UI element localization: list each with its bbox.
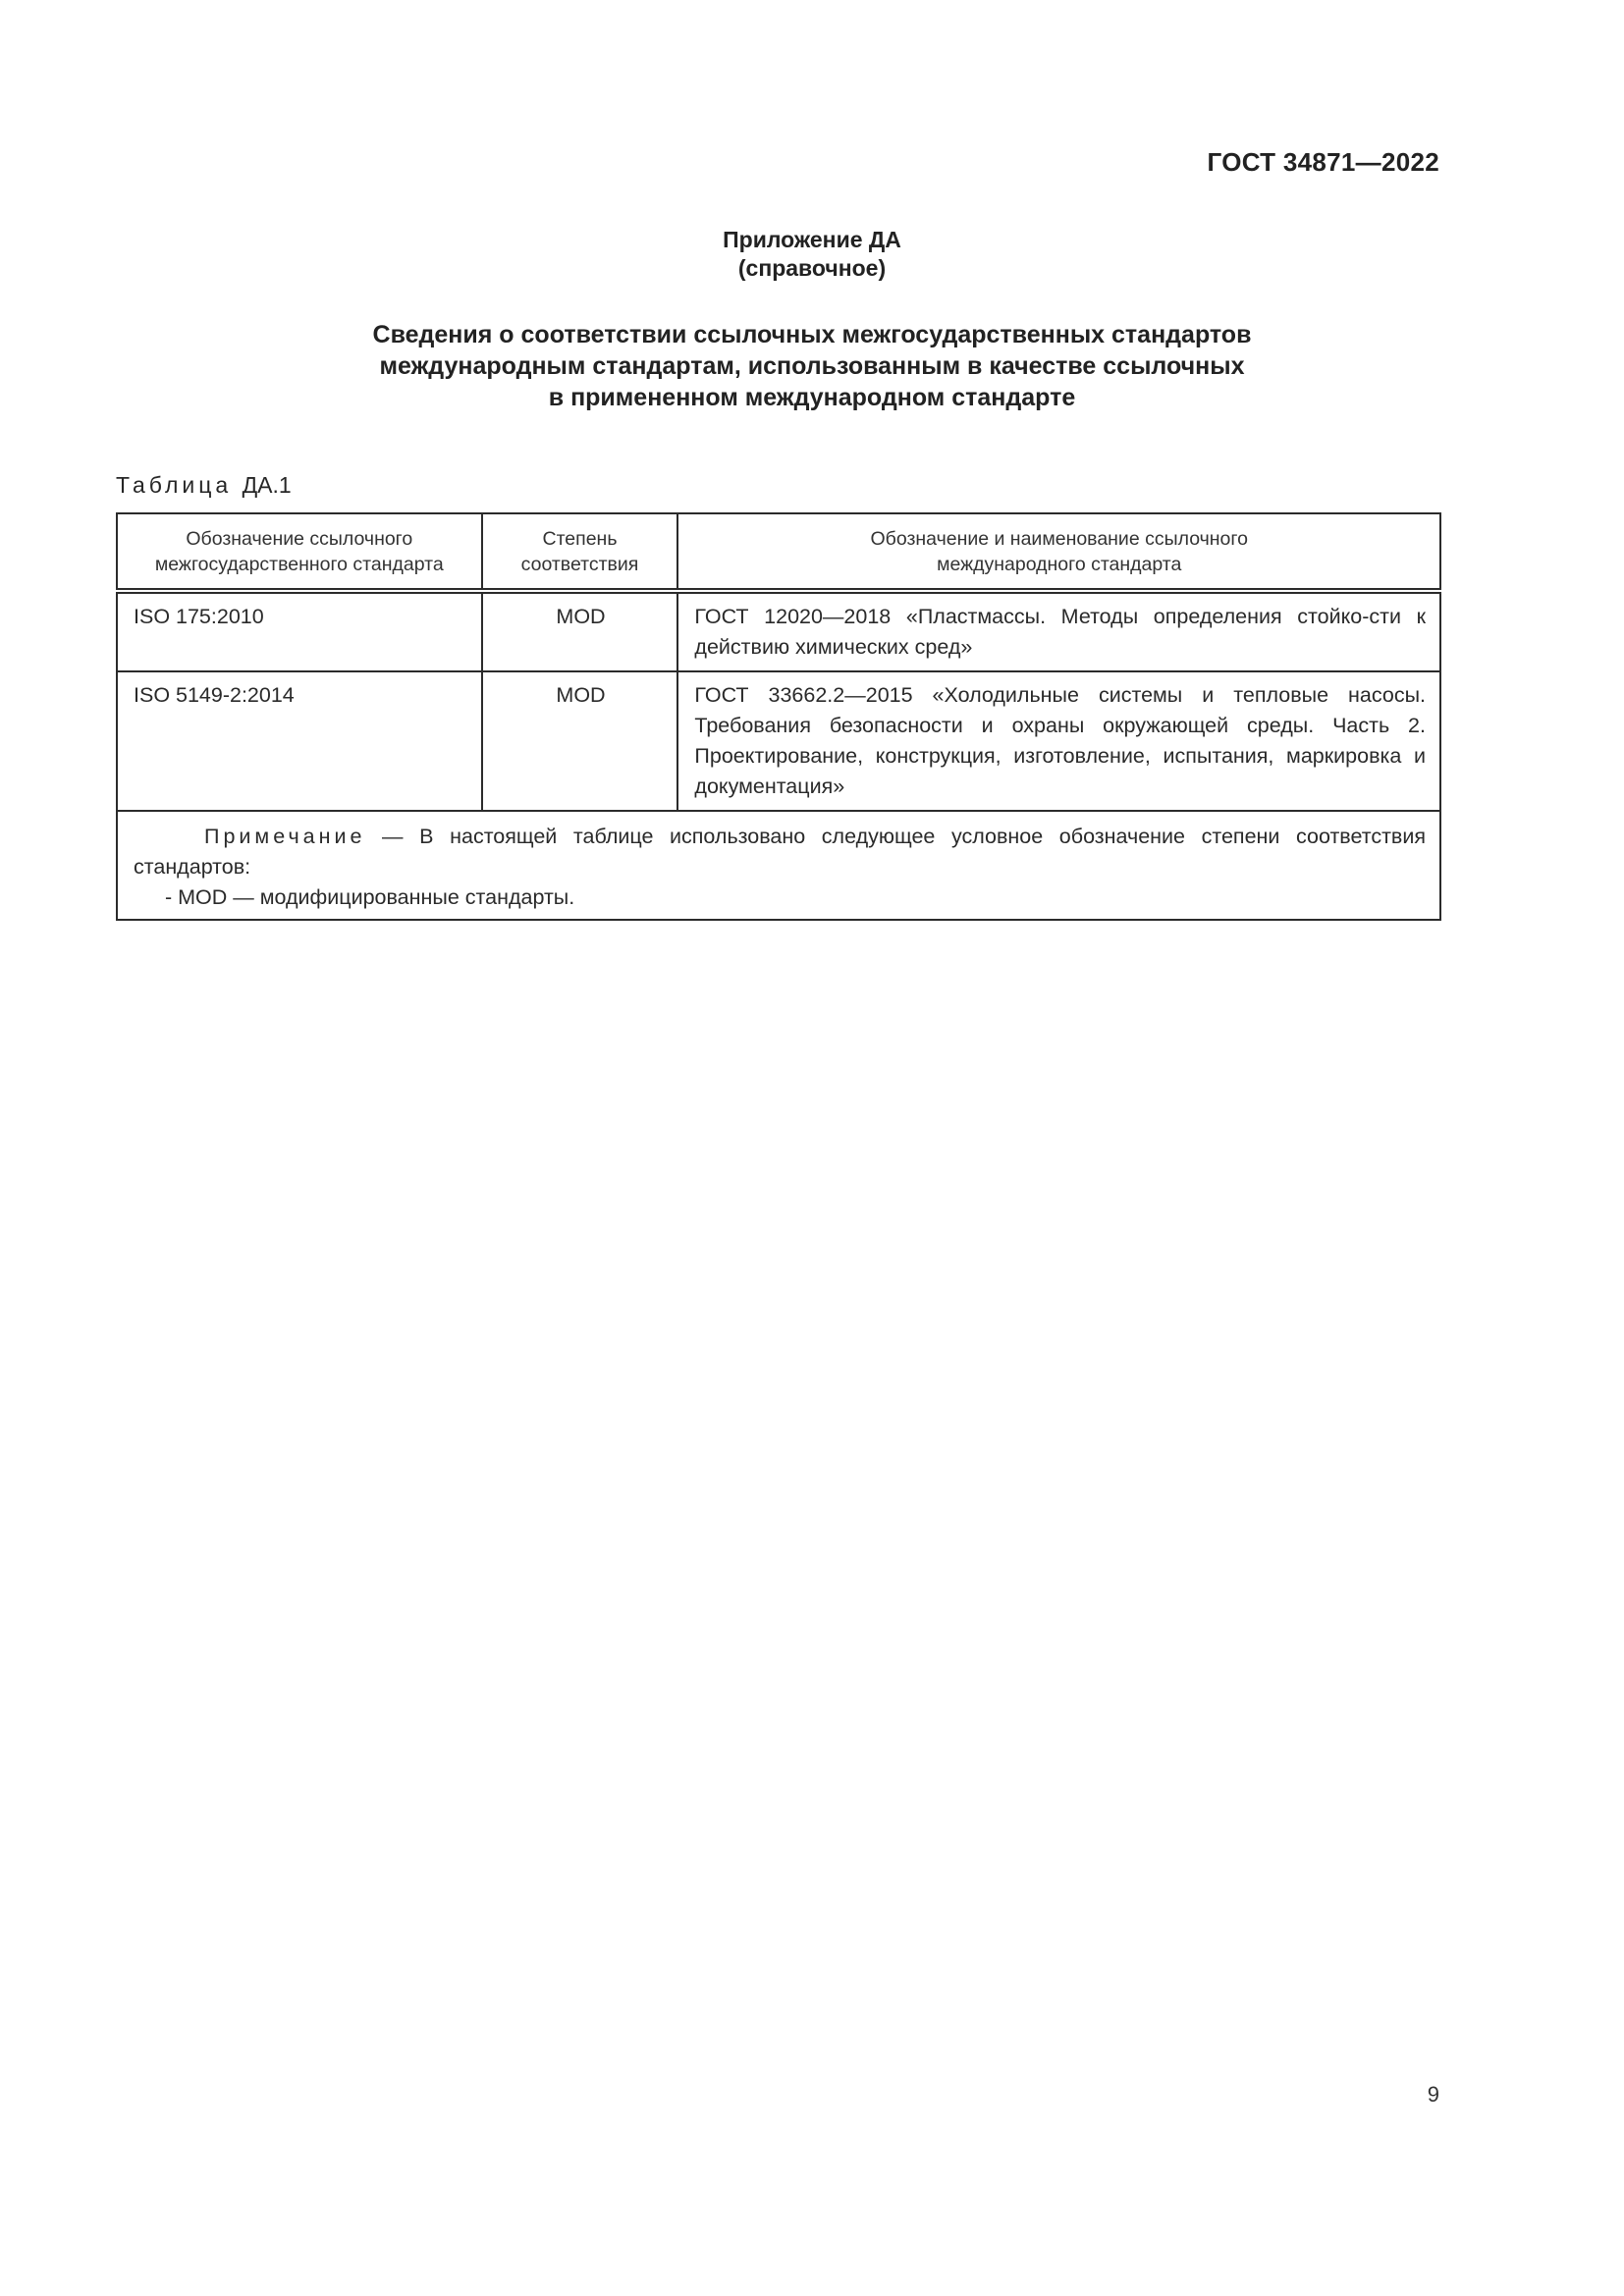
table-header-row: Обозначение ссылочного межгосударственно… xyxy=(117,513,1440,591)
table-row: ISO 5149-2:2014 MOD ГОСТ 33662.2—2015 «Х… xyxy=(117,671,1440,811)
section-title: Сведения о соответствии ссылочных межгос… xyxy=(0,319,1624,413)
column-header-designation: Обозначение ссылочного межгосударственно… xyxy=(117,513,482,591)
note-label: Примечание xyxy=(204,825,365,848)
cell-designation: ISO 175:2010 xyxy=(117,591,482,671)
cell-reference: ГОСТ 12020—2018 «Пластмассы. Методы опре… xyxy=(677,591,1440,671)
table-note-row: Примечание — В настоящей таблице использ… xyxy=(117,811,1440,920)
correspondence-table: Обозначение ссылочного межгосударственно… xyxy=(116,512,1441,921)
column-header-degree: Степень соответствия xyxy=(482,513,678,591)
table-note: Примечание — В настоящей таблице использ… xyxy=(117,811,1440,920)
note-list-item: - MOD — модифицированные стандарты. xyxy=(134,882,1426,913)
section-title-line: в примененном международном стандарте xyxy=(0,382,1624,413)
cell-degree: MOD xyxy=(482,591,678,671)
cell-reference: ГОСТ 33662.2—2015 «Холодильные системы и… xyxy=(677,671,1440,811)
appendix-heading: Приложение ДА (справочное) xyxy=(0,226,1624,283)
cell-designation: ISO 5149-2:2014 xyxy=(117,671,482,811)
document-code: ГОСТ 34871—2022 xyxy=(1208,147,1440,178)
page-number: 9 xyxy=(1428,2082,1439,2108)
table-caption: Таблица ДА.1 xyxy=(116,472,292,499)
column-header-reference: Обозначение и наименование ссылочного ме… xyxy=(677,513,1440,591)
note-text: Примечание — В настоящей таблице использ… xyxy=(134,822,1426,882)
table-caption-number: ДА.1 xyxy=(243,472,292,498)
appendix-subtitle: (справочное) xyxy=(0,254,1624,283)
appendix-title: Приложение ДА xyxy=(0,226,1624,254)
section-title-line: международным стандартам, использованным… xyxy=(0,350,1624,382)
cell-degree: MOD xyxy=(482,671,678,811)
section-title-line: Сведения о соответствии ссылочных межгос… xyxy=(0,319,1624,350)
table-row: ISO 175:2010 MOD ГОСТ 12020—2018 «Пластм… xyxy=(117,591,1440,671)
table-caption-word: Таблица xyxy=(116,472,232,498)
